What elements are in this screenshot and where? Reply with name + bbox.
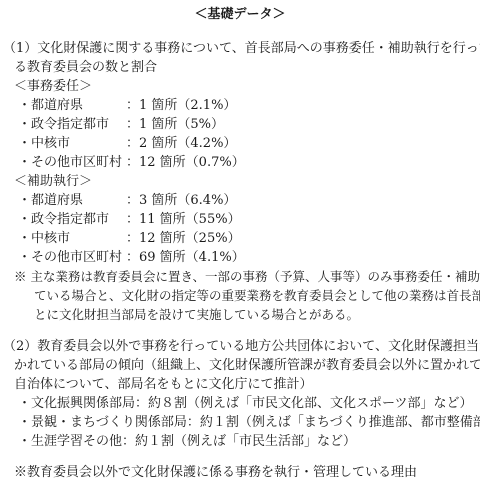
assistance-item: ・中核市：12 箇所（25%） <box>18 229 241 248</box>
delegation-item: ・政令指定都市：1 箇所（5%） <box>18 115 224 134</box>
department-trend-item: ・景観・まちづくり関係部局：約１割（例えば「まちづくり推進部、都市整備部など） <box>18 413 480 432</box>
note-cont: ている場合と、文化財の指定等の重要業務を教育委員会として他の業務は首長部局のも <box>34 286 480 305</box>
footer-note: ※教育委員会以外で文化財保護に係る事務を執行・管理している理由 <box>14 463 417 482</box>
note: ※ 主な業務は教育委員会に置き、一部の事務（予算、人事等）のみ事務委任・補助執行… <box>14 267 480 286</box>
section2-heading-cont: 自治体について、部局名をもとに文化庁にて推計） <box>14 375 312 394</box>
assistance-item: ・都道府県：3 箇所（6.4%） <box>18 191 236 210</box>
page-title: ＜基礎データ＞ <box>0 5 480 24</box>
assistance-label: ＜補助執行＞ <box>14 172 92 191</box>
section1-heading: （1）文化財保護に関する事務について、首長部局への事務委任・補助執行を行ってい <box>3 39 480 58</box>
section2-heading-cont: かれている部局の傾向（組織上、文化財保護所管課が教育委員会以外に置かれている <box>14 356 480 375</box>
assistance-item: ・その他市区町村：69 箇所（4.1%） <box>18 248 245 267</box>
note-cont: とに文化財担当部局を設けて実施している場合とがある。 <box>34 305 359 324</box>
department-trend-item: ・文化振興関係部局：約８割（例えば「市民文化部、文化スポーツ部」など） <box>18 394 472 413</box>
section1-heading-cont: る教育委員会の数と割合 <box>14 58 157 77</box>
delegation-label: ＜事務委任＞ <box>14 77 92 96</box>
assistance-item: ・政令指定都市：11 箇所（55%） <box>18 210 241 229</box>
delegation-item: ・都道府県：1 箇所（2.1%） <box>18 96 236 115</box>
section2-heading: （2）教育委員会以外で事務を行っている地方公共団体において、文化財保護担当が置 <box>3 337 480 356</box>
delegation-item: ・中核市：2 箇所（4.2%） <box>18 134 236 153</box>
department-trend-item: ・生涯学習その他：約１割（例えば「市民生活部」など） <box>18 432 356 451</box>
delegation-item: ・その他市区町村：12 箇所（0.7%） <box>18 153 245 172</box>
